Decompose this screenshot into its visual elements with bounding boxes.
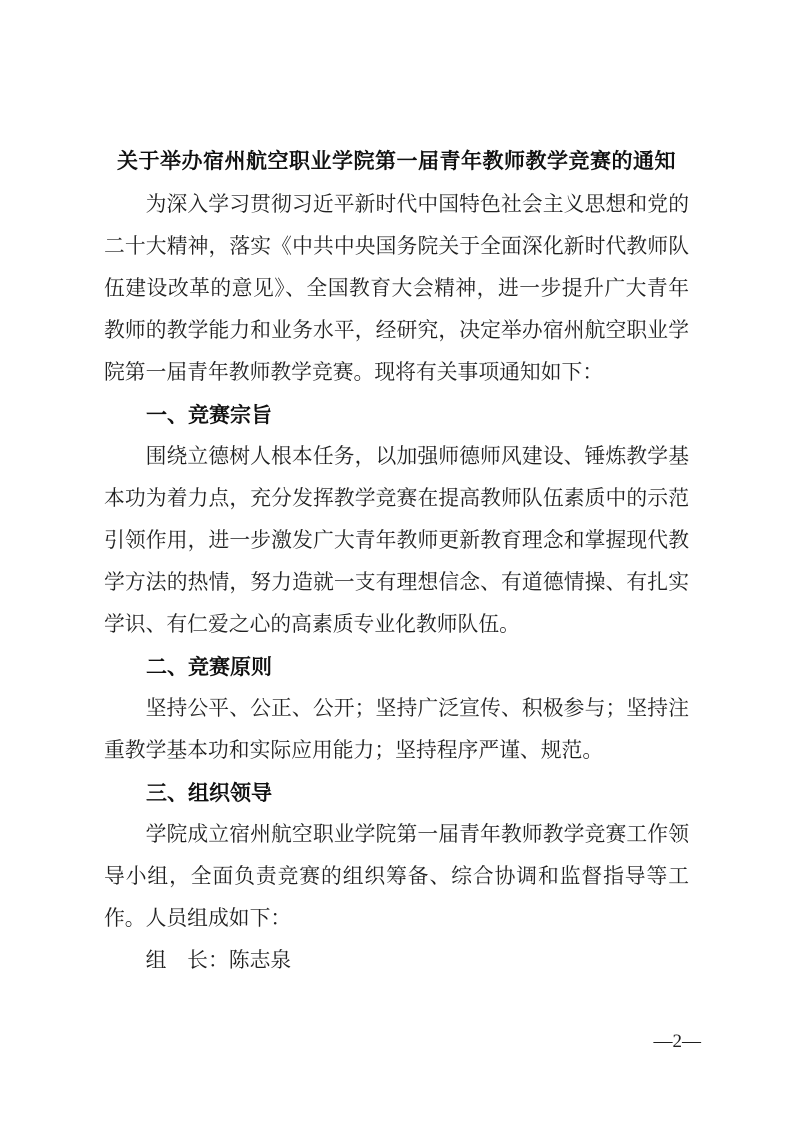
leadership-name: 陈志泉: [229, 949, 291, 972]
leadership-line: 组 长：陈志泉: [104, 940, 689, 982]
leadership-role-label: 组 长：: [146, 949, 229, 972]
section-body-3: 学院成立宿州航空职业学院第一届青年教师教学竞赛工作领导小组，全面负责竞赛的组织筹…: [104, 814, 689, 940]
intro-paragraph: 为深入学习贯彻习近平新时代中国特色社会主义思想和党的二十大精神，落实《中共中央国…: [104, 184, 689, 394]
document-title: 关于举办宿州航空职业学院第一届青年教师教学竞赛的通知: [104, 138, 689, 184]
section-body-1: 围绕立德树人根本任务，以加强师德师风建设、锤炼教学基本功为着力点，充分发挥教学竞…: [104, 436, 689, 646]
section-heading-1: 一、竞赛宗旨: [104, 394, 689, 436]
document-page: 关于举办宿州航空职业学院第一届青年教师教学竞赛的通知 为深入学习贯彻习近平新时代…: [0, 0, 793, 1122]
section-body-2: 坚持公平、公正、公开；坚持广泛宣传、积极参与；坚持注重教学基本功和实际应用能力；…: [104, 688, 689, 772]
section-heading-3: 三、组织领导: [104, 772, 689, 814]
section-heading-2: 二、竞赛原则: [104, 646, 689, 688]
page-number: —2—: [654, 1030, 702, 1054]
